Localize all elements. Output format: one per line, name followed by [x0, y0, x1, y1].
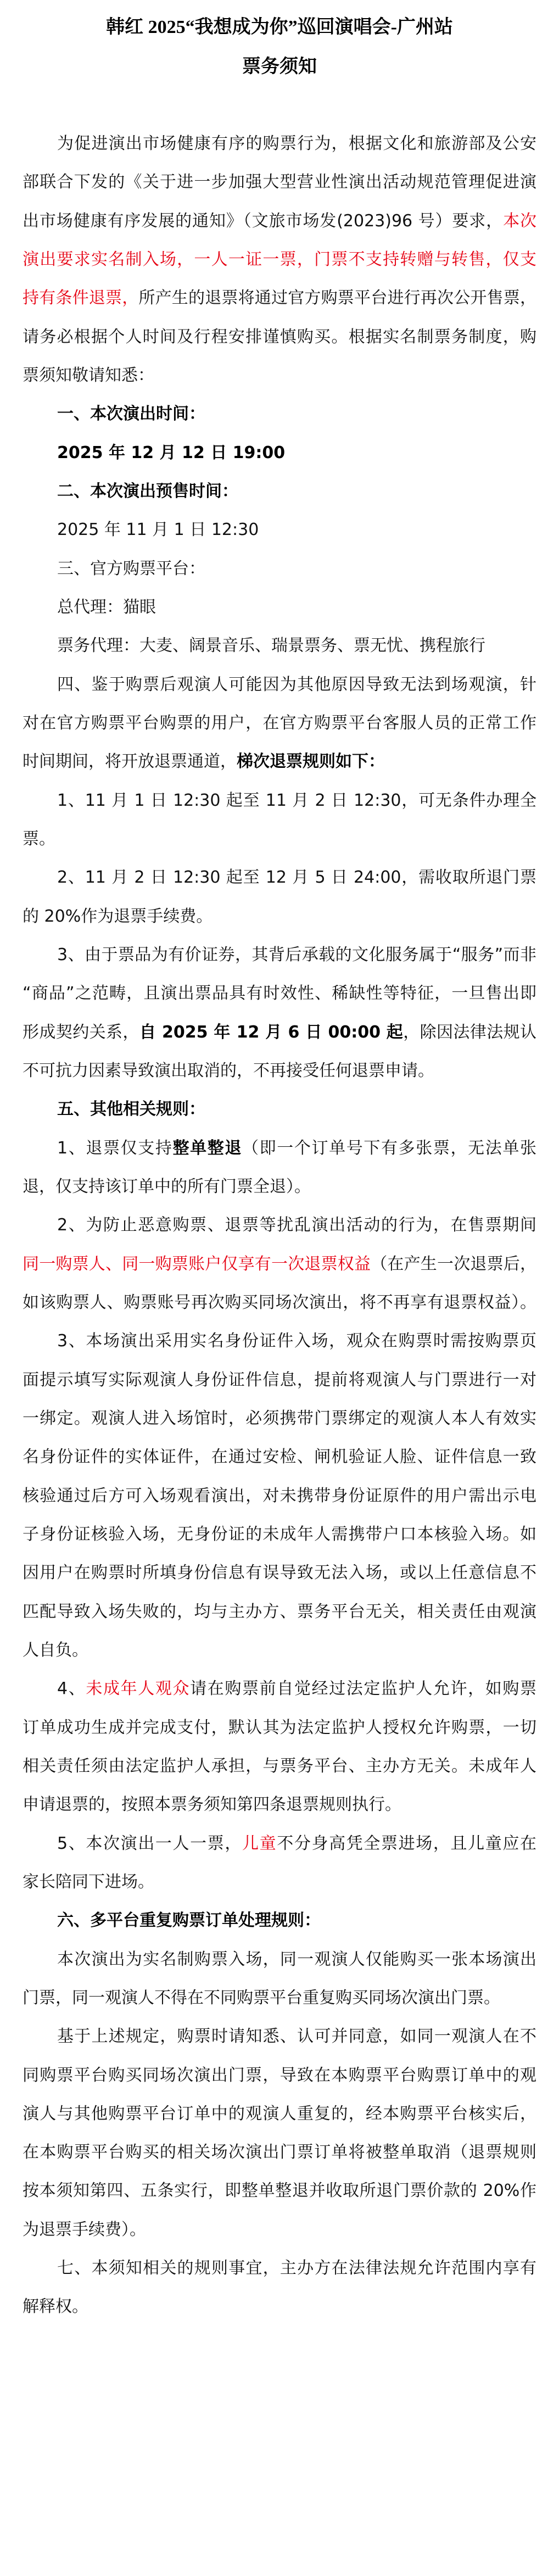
notice-line: 时间期间，将开放退票通道，梯次退票规则如下： [23, 751, 536, 773]
line-text: 申请退票的，按照本票务须知第四条退票规则执行。 [23, 1795, 401, 1814]
notice-line: 六、多平台重复购票订单处理规则： [57, 1910, 536, 1932]
notice-line: 七、本须知相关的规则事宜，主办方在法律法规允许范围内享有 [57, 2257, 536, 2279]
line-text: 三、官方购票平台： [57, 559, 205, 578]
line-text: 本次演出为实名制购票入场，同一观演人仅能购买一张本场演出 [57, 1950, 536, 1969]
line-text: 人自负。 [23, 1641, 88, 1660]
highlighted-text: 同一购票人、同一购票账户仅享有一次退票权益 [23, 1254, 371, 1274]
line-text: 在本购票平台购买的相关场次演出门票订单将被整单取消（退票规则 [23, 2143, 536, 2162]
line-text: 票。 [23, 829, 55, 849]
line-text: 4、 [57, 1679, 86, 1698]
notice-line: 二、本次演出预售时间： [57, 481, 536, 503]
line-text: 六、多平台重复购票订单处理规则： [57, 1911, 321, 1930]
notice-line: 3、本场演出采用实名身份证件入场，观众在购票时需按购票页 [57, 1330, 536, 1352]
line-text: 门票，同一观演人不得在不同购票平台重复购买同场次演出门票。 [23, 1988, 500, 2008]
notice-line: 四、鉴于购票后观演人可能因为其他原因导致无法到场观演，针 [57, 674, 536, 696]
notice-line: 对在官方购票平台购票的用户，在官方购票平台客服人员的正常工作 [23, 712, 536, 734]
line-text: 名身份证件的实体证件，在通过安检、闸机验证人脸、证件信息一致 [23, 1447, 536, 1467]
line-text: 核验通过后方可入场观看演出，对未携带身份证原件的用户需出示电 [23, 1486, 536, 1506]
notice-line: 如该购票人、购票账号再次购买同场次演出，将不再享有退票权益）。 [23, 1292, 536, 1314]
notice-line: 4、未成年人观众请在购票前自觉经过法定监护人允许，如购票 [57, 1678, 536, 1700]
notice-line: 2、11 月 2 日 12:30 起至 12 月 5 日 24:00，需收取所退… [57, 867, 536, 889]
notice-line: 基于上述规定，购票时请知悉、认可并同意，如同一观演人在不 [57, 2026, 536, 2048]
notice-line: 1、11 月 1 日 12:30 起至 11 月 2 日 12:30，可无条件办… [57, 790, 536, 812]
line-text: 形成契约关系， [23, 1023, 139, 1042]
line-text: 整单整退 [172, 1139, 242, 1158]
notice-line: 2025 年 12 月 12 日 19:00 [57, 442, 536, 464]
notice-line: 按本须知第四、五条实行，即整单整退并收取所退门票价款的 20%作 [23, 2180, 536, 2202]
line-text: 五、其他相关规则： [57, 1100, 205, 1119]
highlighted-text: 儿童 [242, 1834, 277, 1853]
line-text: 一、本次演出时间： [57, 404, 205, 423]
notice-line: 家长陪同下进场。 [23, 1871, 536, 1893]
line-text: 演人与其他购票平台订单中的观演人重复的，经本购票平台核实后， [23, 2104, 536, 2123]
line-text: 梯次退票规则如下： [237, 752, 385, 771]
line-text: 一绑定。观演人进入场馆时，必须携带门票绑定的观演人本人有效实 [23, 1409, 536, 1428]
notice-line: 演出要求实名制入场，一人一证一票，门票不支持转赠与转售，仅支 [23, 249, 536, 271]
line-text: 5、本次演出一人一票， [57, 1834, 242, 1853]
highlighted-text: 演出要求实名制入场，一人一证一票，门票不支持转赠与转售，仅支 [23, 250, 536, 269]
notice-line: 因用户在购票时所填身份信息有误导致无法入场，或以上任意信息不 [23, 1562, 536, 1584]
line-text: 同购票平台购买同场次演出门票，导致在本购票平台购票订单中的观 [23, 2066, 536, 2085]
notice-line: 同一购票人、同一购票账户仅享有一次退票权益（在产生一次退票后， [23, 1253, 536, 1275]
notice-line: 总代理：猫眼 [57, 596, 536, 618]
notice-line: 本次演出为实名制购票入场，同一观演人仅能购买一张本场演出 [57, 1949, 536, 1971]
line-text: 对在官方购票平台购票的用户，在官方购票平台客服人员的正常工作 [23, 713, 536, 733]
notice-line: 1、退票仅支持整单整退（即一个订单号下有多张票，无法单张 [57, 1138, 536, 1159]
notice-line: 票务代理：大麦、阔景音乐、瑞景票务、票无忧、携程旅行 [57, 635, 536, 657]
concert-title: 韩红 2025“我想成为你”巡回演唱会-广州站 [0, 16, 559, 38]
line-text: 为促进演出市场健康有序的购票行为，根据文化和旅游部及公安 [57, 134, 536, 153]
notice-line: 持有条件退票，所产生的退票将通过官方购票平台进行再次公开售票， [23, 287, 536, 309]
line-text: 总代理：猫眼 [57, 598, 156, 617]
highlighted-text: 持有条件退票， [23, 288, 138, 308]
line-text: 不分身高凭全票进场，且儿童应在 [277, 1834, 536, 1853]
notice-line: 核验通过后方可入场观看演出，对未携带身份证原件的用户需出示电 [23, 1485, 536, 1507]
notice-line: 请务必根据个人时间及行程安排谨慎购买。根据实名制票务制度，购 [23, 326, 536, 348]
line-text: 3、由于票品为有价证券，其背后承载的文化服务属于“服务”而非 [57, 945, 536, 964]
line-text: 请务必根据个人时间及行程安排谨慎购买。根据实名制票务制度，购 [23, 327, 536, 347]
line-text: “商品”之范畴，且演出票品具有时效性、稀缺性等特征，一旦售出即 [23, 984, 536, 1003]
line-text: 解释权。 [23, 2297, 88, 2316]
notice-line: 在本购票平台购买的相关场次演出门票订单将被整单取消（退票规则 [23, 2142, 536, 2164]
line-text: 所产生的退票将通过官方购票平台进行再次公开售票， [138, 288, 536, 308]
notice-line: 票须知敬请知悉： [23, 365, 536, 387]
notice-line: 出市场健康有序发展的通知》（文旅市场发(2023)96 号）要求，本次 [23, 210, 536, 232]
line-text: 面提示填写实际观演人身份证件信息，提前将观演人与门票进行一对 [23, 1370, 536, 1390]
line-text: 请在购票前自觉经过法定监护人允许，如购票 [190, 1679, 536, 1698]
line-text: 七、本须知相关的规则事宜，主办方在法律法规允许范围内享有 [57, 2259, 536, 2278]
line-text: 相关责任须由法定监护人承担，与票务平台、主办方无关。未成年人 [23, 1757, 536, 1776]
line-text: 票务代理：大麦、阔景音乐、瑞景票务、票无忧、携程旅行 [57, 636, 485, 655]
notice-line: 退，仅支持该订单中的所有门票全退）。 [23, 1176, 536, 1198]
notice-line: 2025 年 11 月 1 日 12:30 [57, 519, 536, 541]
notice-line: 门票，同一观演人不得在不同购票平台重复购买同场次演出门票。 [23, 1987, 536, 2009]
notice-line: 一、本次演出时间： [57, 403, 536, 425]
highlighted-text: 自 2025 年 12 月 6 日 00:00 起 [139, 1023, 403, 1042]
line-text: 2025 年 11 月 1 日 12:30 [57, 520, 259, 539]
line-text: 2、11 月 2 日 12:30 起至 12 月 5 日 24:00，需收取所退… [57, 868, 536, 889]
notice-line: 演人与其他购票平台订单中的观演人重复的，经本购票平台核实后， [23, 2103, 536, 2125]
line-text: （即一个订单号下有多张票，无法单张 [242, 1139, 536, 1158]
line-text: 1、退票仅支持 [57, 1139, 172, 1158]
notice-line: 部联合下发的《关于进一步加强大型营业性演出活动规范管理促进演 [23, 171, 536, 193]
line-text: 订单成功生成并完成支付，默认其为法定监护人授权允许购票，一切 [23, 1718, 536, 1737]
notice-line: 同购票平台购买同场次演出门票，导致在本购票平台购票订单中的观 [23, 2065, 536, 2087]
line-text: 按本须知第四、五条实行，即整单整退并收取所退门票价款的 20%作 [23, 2181, 536, 2200]
notice-line: 子身份证核验入场，无身份证的未成年人需携带户口本核验入场。如 [23, 1524, 536, 1546]
line-text: 四、鉴于购票后观演人可能因为其他原因导致无法到场观演，针 [57, 675, 536, 694]
notice-line: 订单成功生成并完成支付，默认其为法定监护人授权允许购票，一切 [23, 1717, 536, 1739]
notice-title: 票务须知 [0, 56, 559, 78]
line-text: 基于上述规定，购票时请知悉、认可并同意，如同一观演人在不 [57, 2027, 536, 2046]
line-text: 家长陪同下进场。 [23, 1872, 154, 1892]
line-text: 1、11 月 1 日 12:30 起至 11 月 2 日 12:30，可无条件办… [57, 791, 536, 812]
notice-line: 三、官方购票平台： [57, 558, 536, 580]
line-text: 2、为防止恶意购票、退票等扰乱演出活动的行为，在售票期间 [57, 1215, 536, 1235]
highlighted-text: 本次 [503, 211, 536, 231]
line-text: 二、本次演出预售时间： [57, 482, 238, 501]
notice-line: “商品”之范畴，且演出票品具有时效性、稀缺性等特征，一旦售出即 [23, 983, 536, 1005]
notice-line: 3、由于票品为有价证券，其背后承载的文化服务属于“服务”而非 [57, 944, 536, 966]
notice-line: 票。 [23, 828, 536, 850]
line-text: （在产生一次退票后， [371, 1254, 536, 1274]
notice-line: 5、本次演出一人一票，儿童不分身高凭全票进场，且儿童应在 [57, 1833, 536, 1855]
line-text: 票须知敬请知悉： [23, 366, 154, 385]
notice-line: 形成契约关系，自 2025 年 12 月 6 日 00:00 起，除因法律法规认… [23, 1022, 536, 1044]
line-text: 部联合下发的《关于进一步加强大型营业性演出活动规范管理促进演 [23, 172, 536, 192]
line-text: 3、本场演出采用实名身份证件入场，观众在购票时需按购票页 [57, 1331, 536, 1351]
notice-line: 为促进演出市场健康有序的购票行为，根据文化和旅游部及公安 [57, 133, 536, 155]
notice-line: 匹配导致入场失败的，均与主办方、票务平台无关，相关责任由观演 [23, 1601, 536, 1623]
notice-line: 2、为防止恶意购票、退票等扰乱演出活动的行为，在售票期间 [57, 1214, 536, 1236]
notice-line: 的 20%作为退票手续费。 [23, 906, 536, 928]
notice-line: 名身份证件的实体证件，在通过安检、闸机验证人脸、证件信息一致 [23, 1446, 536, 1468]
line-text: 退，仅支持该订单中的所有门票全退）。 [23, 1177, 311, 1196]
line-text: 因用户在购票时所填身份信息有误导致无法入场，或以上任意信息不 [23, 1563, 536, 1582]
line-text: 匹配导致入场失败的，均与主办方、票务平台无关，相关责任由观演 [23, 1602, 536, 1621]
highlighted-text: 未成年人观众 [86, 1679, 190, 1698]
line-text: 为退票手续费）。 [23, 2220, 146, 2239]
line-text: 不可抗力因素导致演出取消的，不再接受任何退票申请。 [23, 1061, 434, 1080]
line-text: 如该购票人、购票账号再次购买同场次演出，将不再享有退票权益）。 [23, 1293, 536, 1312]
line-text: 子身份证核验入场，无身份证的未成年人需携带户口本核验入场。如 [23, 1525, 536, 1544]
notice-line: 面提示填写实际观演人身份证件信息，提前将观演人与门票进行一对 [23, 1369, 536, 1391]
notice-line: 一绑定。观演人进入场馆时，必须携带门票绑定的观演人本人有效实 [23, 1408, 536, 1430]
notice-line: 人自负。 [23, 1640, 536, 1661]
notice-line: 申请退票的，按照本票务须知第四条退票规则执行。 [23, 1794, 536, 1816]
line-text: 出市场健康有序发展的通知》（文旅市场发(2023)96 号）要求， [23, 211, 503, 231]
line-text: 2025 年 12 月 12 日 19:00 [57, 443, 285, 462]
notice-line: 相关责任须由法定监护人承担，与票务平台、主办方无关。未成年人 [23, 1755, 536, 1777]
notice-line: 不可抗力因素导致演出取消的，不再接受任何退票申请。 [23, 1060, 536, 1082]
notice-line: 为退票手续费）。 [23, 2219, 536, 2241]
line-text: 时间期间，将开放退票通道， [23, 752, 237, 771]
notice-line: 解释权。 [23, 2296, 536, 2318]
line-text: 的 20%作为退票手续费。 [23, 907, 213, 926]
notice-line: 五、其他相关规则： [57, 1099, 536, 1120]
